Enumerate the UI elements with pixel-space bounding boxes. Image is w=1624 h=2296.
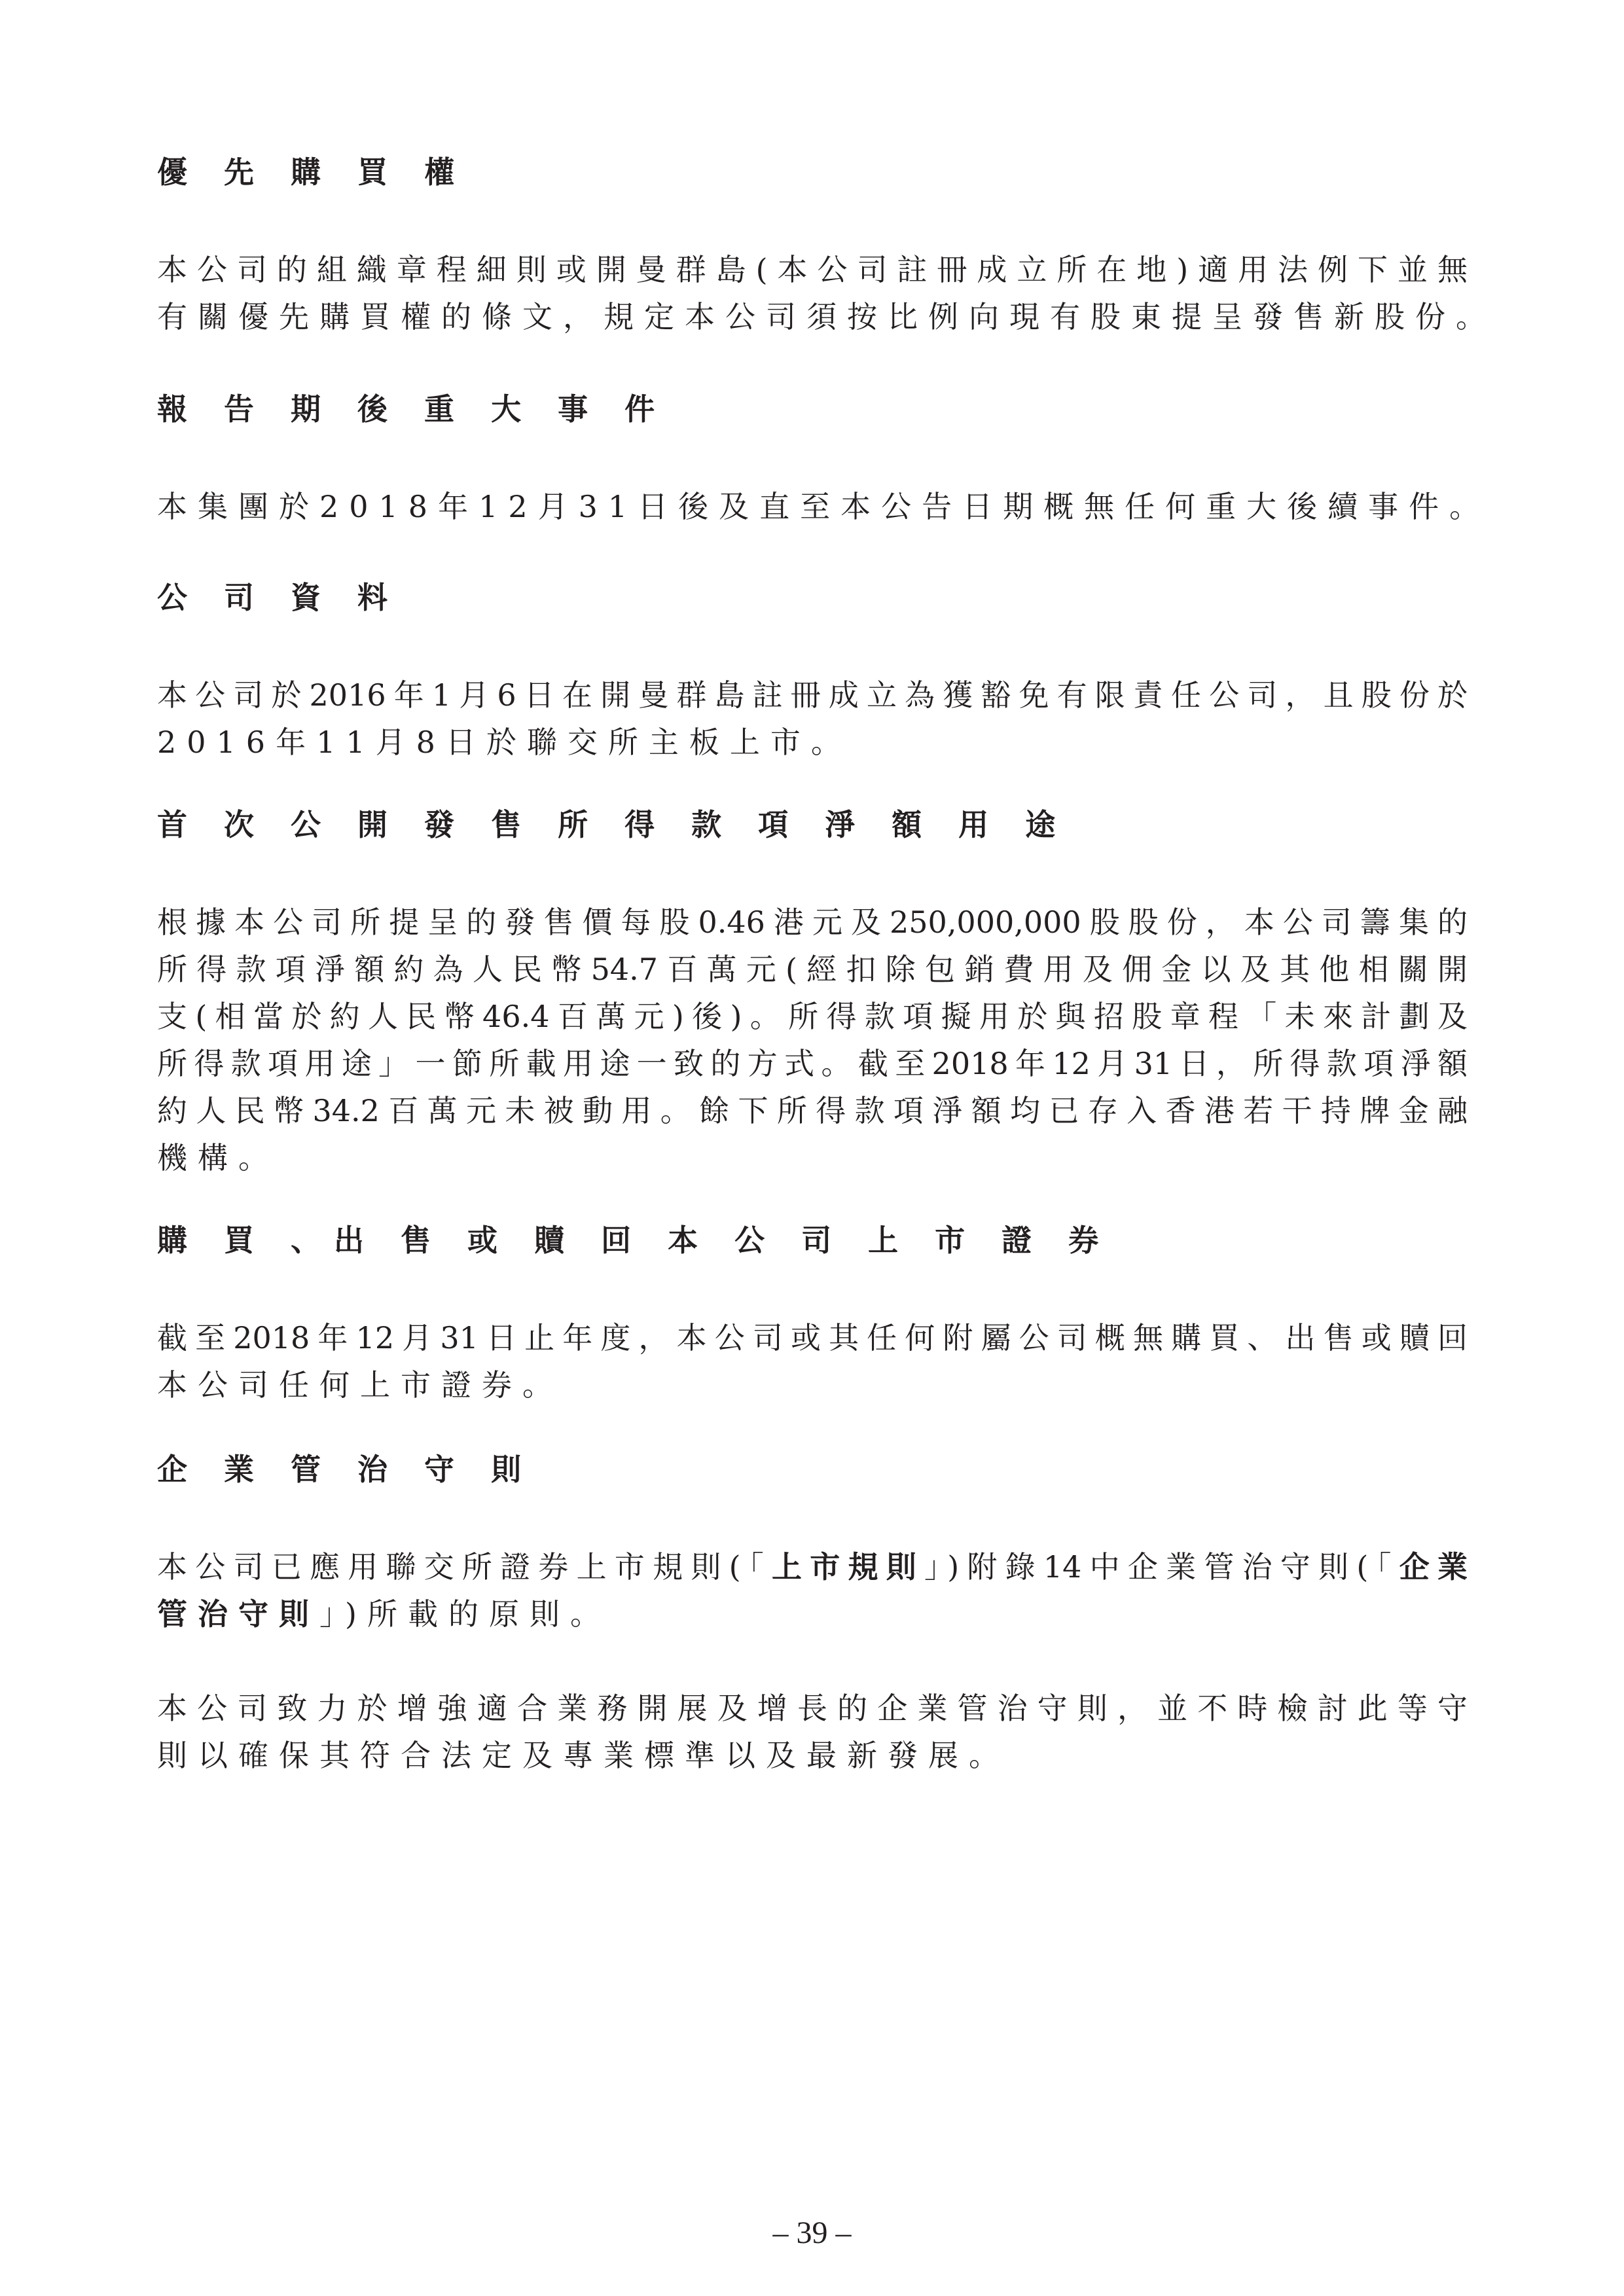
section-events-after-reporting-period: 報 告 期 後 重 大 事 件 本集團於2018年12月31日後及直至本公告日期… bbox=[157, 386, 1468, 530]
paragraph-line: 本公司已應用聯交所證券上市規則(「上市規則」)附錄14中企業管治守則(「企業 bbox=[157, 1543, 1468, 1590]
defined-term-listing-rules: 上市規則 bbox=[772, 1549, 924, 1585]
paragraph-line: 則以確保其符合法定及專業標準以及最新發展。 bbox=[157, 1732, 1468, 1779]
paragraph-line: 約人民幣34.2百萬元未被動用。餘下所得款項淨額均已存入香港若干持牌金融 bbox=[157, 1087, 1468, 1134]
paragraph-line: 本公司的組織章程細則或開曼群島(本公司註冊成立所在地)適用法例下並無 bbox=[157, 246, 1468, 293]
paragraph: 根據本公司所提呈的發售價每股0.46港元及250,000,000股股份，本公司籌… bbox=[157, 899, 1468, 1181]
paragraph-line: 有關優先購買權的條文，規定本公司須按比例向現有股東提呈發售新股份。 bbox=[157, 293, 1468, 340]
section-corporate-governance-code: 企 業 管 治 守 則 本公司已應用聯交所證券上市規則(「上市規則」)附錄14中… bbox=[157, 1446, 1468, 1779]
paragraph-line: 根據本公司所提呈的發售價每股0.46港元及250,000,000股股份，本公司籌… bbox=[157, 899, 1468, 946]
section-heading: 企 業 管 治 守 則 bbox=[157, 1446, 1468, 1492]
paragraph-line: 本集團於2018年12月31日後及直至本公告日期概無任何重大後續事件。 bbox=[157, 483, 1468, 530]
paragraph-line: 本公司致力於增強適合業務開展及增長的企業管治守則，並不時檢討此等守 bbox=[157, 1685, 1468, 1732]
text-run: 本公司已應用聯交所證券上市規則(「 bbox=[157, 1549, 772, 1585]
paragraph-line: 所得款項淨額約為人民幣54.7百萬元(經扣除包銷費用及佣金以及其他相關開 bbox=[157, 946, 1468, 993]
paragraph: 本公司的組織章程細則或開曼群島(本公司註冊成立所在地)適用法例下並無 有關優先購… bbox=[157, 246, 1468, 340]
paragraph-line: 機構。 bbox=[157, 1134, 1468, 1181]
page-number: – 39 – bbox=[0, 2214, 1624, 2253]
section-heading: 報 告 期 後 重 大 事 件 bbox=[157, 386, 1468, 432]
paragraph-line: 管治守則」)所載的原則。 bbox=[157, 1590, 1468, 1638]
section-heading: 首 次 公 開 發 售 所 得 款 項 淨 額 用 途 bbox=[157, 802, 1468, 848]
paragraph-line: 支(相當於約人民幣46.4百萬元)後)。所得款項擬用於與招股章程「未來計劃及 bbox=[157, 993, 1468, 1040]
text-run: 」)附錄14中企業管治守則(「 bbox=[924, 1549, 1399, 1585]
section-heading: 購 買 、出 售 或 贖 回 本 公 司 上 市 證 券 bbox=[157, 1217, 1468, 1263]
paragraph: 本公司已應用聯交所證券上市規則(「上市規則」)附錄14中企業管治守則(「企業 管… bbox=[157, 1543, 1468, 1638]
paragraph: 截至2018年12月31日止年度，本公司或其任何附屬公司概無購買、出售或贖回 本… bbox=[157, 1314, 1468, 1408]
paragraph-line: 截至2018年12月31日止年度，本公司或其任何附屬公司概無購買、出售或贖回 bbox=[157, 1314, 1468, 1361]
paragraph-line: 本公司於2016年1月6日在開曼群島註冊成立為獲豁免有限責任公司，且股份於 bbox=[157, 672, 1468, 719]
section-heading: 公 司 資 料 bbox=[157, 575, 1468, 620]
section-use-of-ipo-proceeds: 首 次 公 開 發 售 所 得 款 項 淨 額 用 途 根據本公司所提呈的發售價… bbox=[157, 802, 1468, 1181]
defined-term-cg-code-start: 企業 bbox=[1399, 1549, 1468, 1585]
paragraph: 本公司於2016年1月6日在開曼群島註冊成立為獲豁免有限責任公司，且股份於 20… bbox=[157, 672, 1468, 766]
paragraph: 本公司致力於增強適合業務開展及增長的企業管治守則，並不時檢討此等守 則以確保其符… bbox=[157, 1685, 1468, 1779]
paragraph-line: 2016年11月8日於聯交所主板上市。 bbox=[157, 719, 1468, 766]
section-heading: 優 先 購 買 權 bbox=[157, 149, 1468, 195]
paragraph: 本集團於2018年12月31日後及直至本公告日期概無任何重大後續事件。 bbox=[157, 483, 1468, 530]
paragraph-line: 所得款項用途」一節所載用途一致的方式。截至2018年12月31日，所得款項淨額 bbox=[157, 1040, 1468, 1087]
text-run: 」)所載的原則。 bbox=[319, 1596, 611, 1632]
paragraph-line: 本公司任何上市證券。 bbox=[157, 1361, 1468, 1408]
section-company-information: 公 司 資 料 本公司於2016年1月6日在開曼群島註冊成立為獲豁免有限責任公司… bbox=[157, 575, 1468, 766]
section-pre-emptive-rights: 優 先 購 買 權 本公司的組織章程細則或開曼群島(本公司註冊成立所在地)適用法… bbox=[157, 149, 1468, 340]
defined-term-cg-code-end: 管治守則 bbox=[157, 1596, 319, 1632]
section-purchase-sale-redemption: 購 買 、出 售 或 贖 回 本 公 司 上 市 證 券 截至2018年12月3… bbox=[157, 1217, 1468, 1408]
